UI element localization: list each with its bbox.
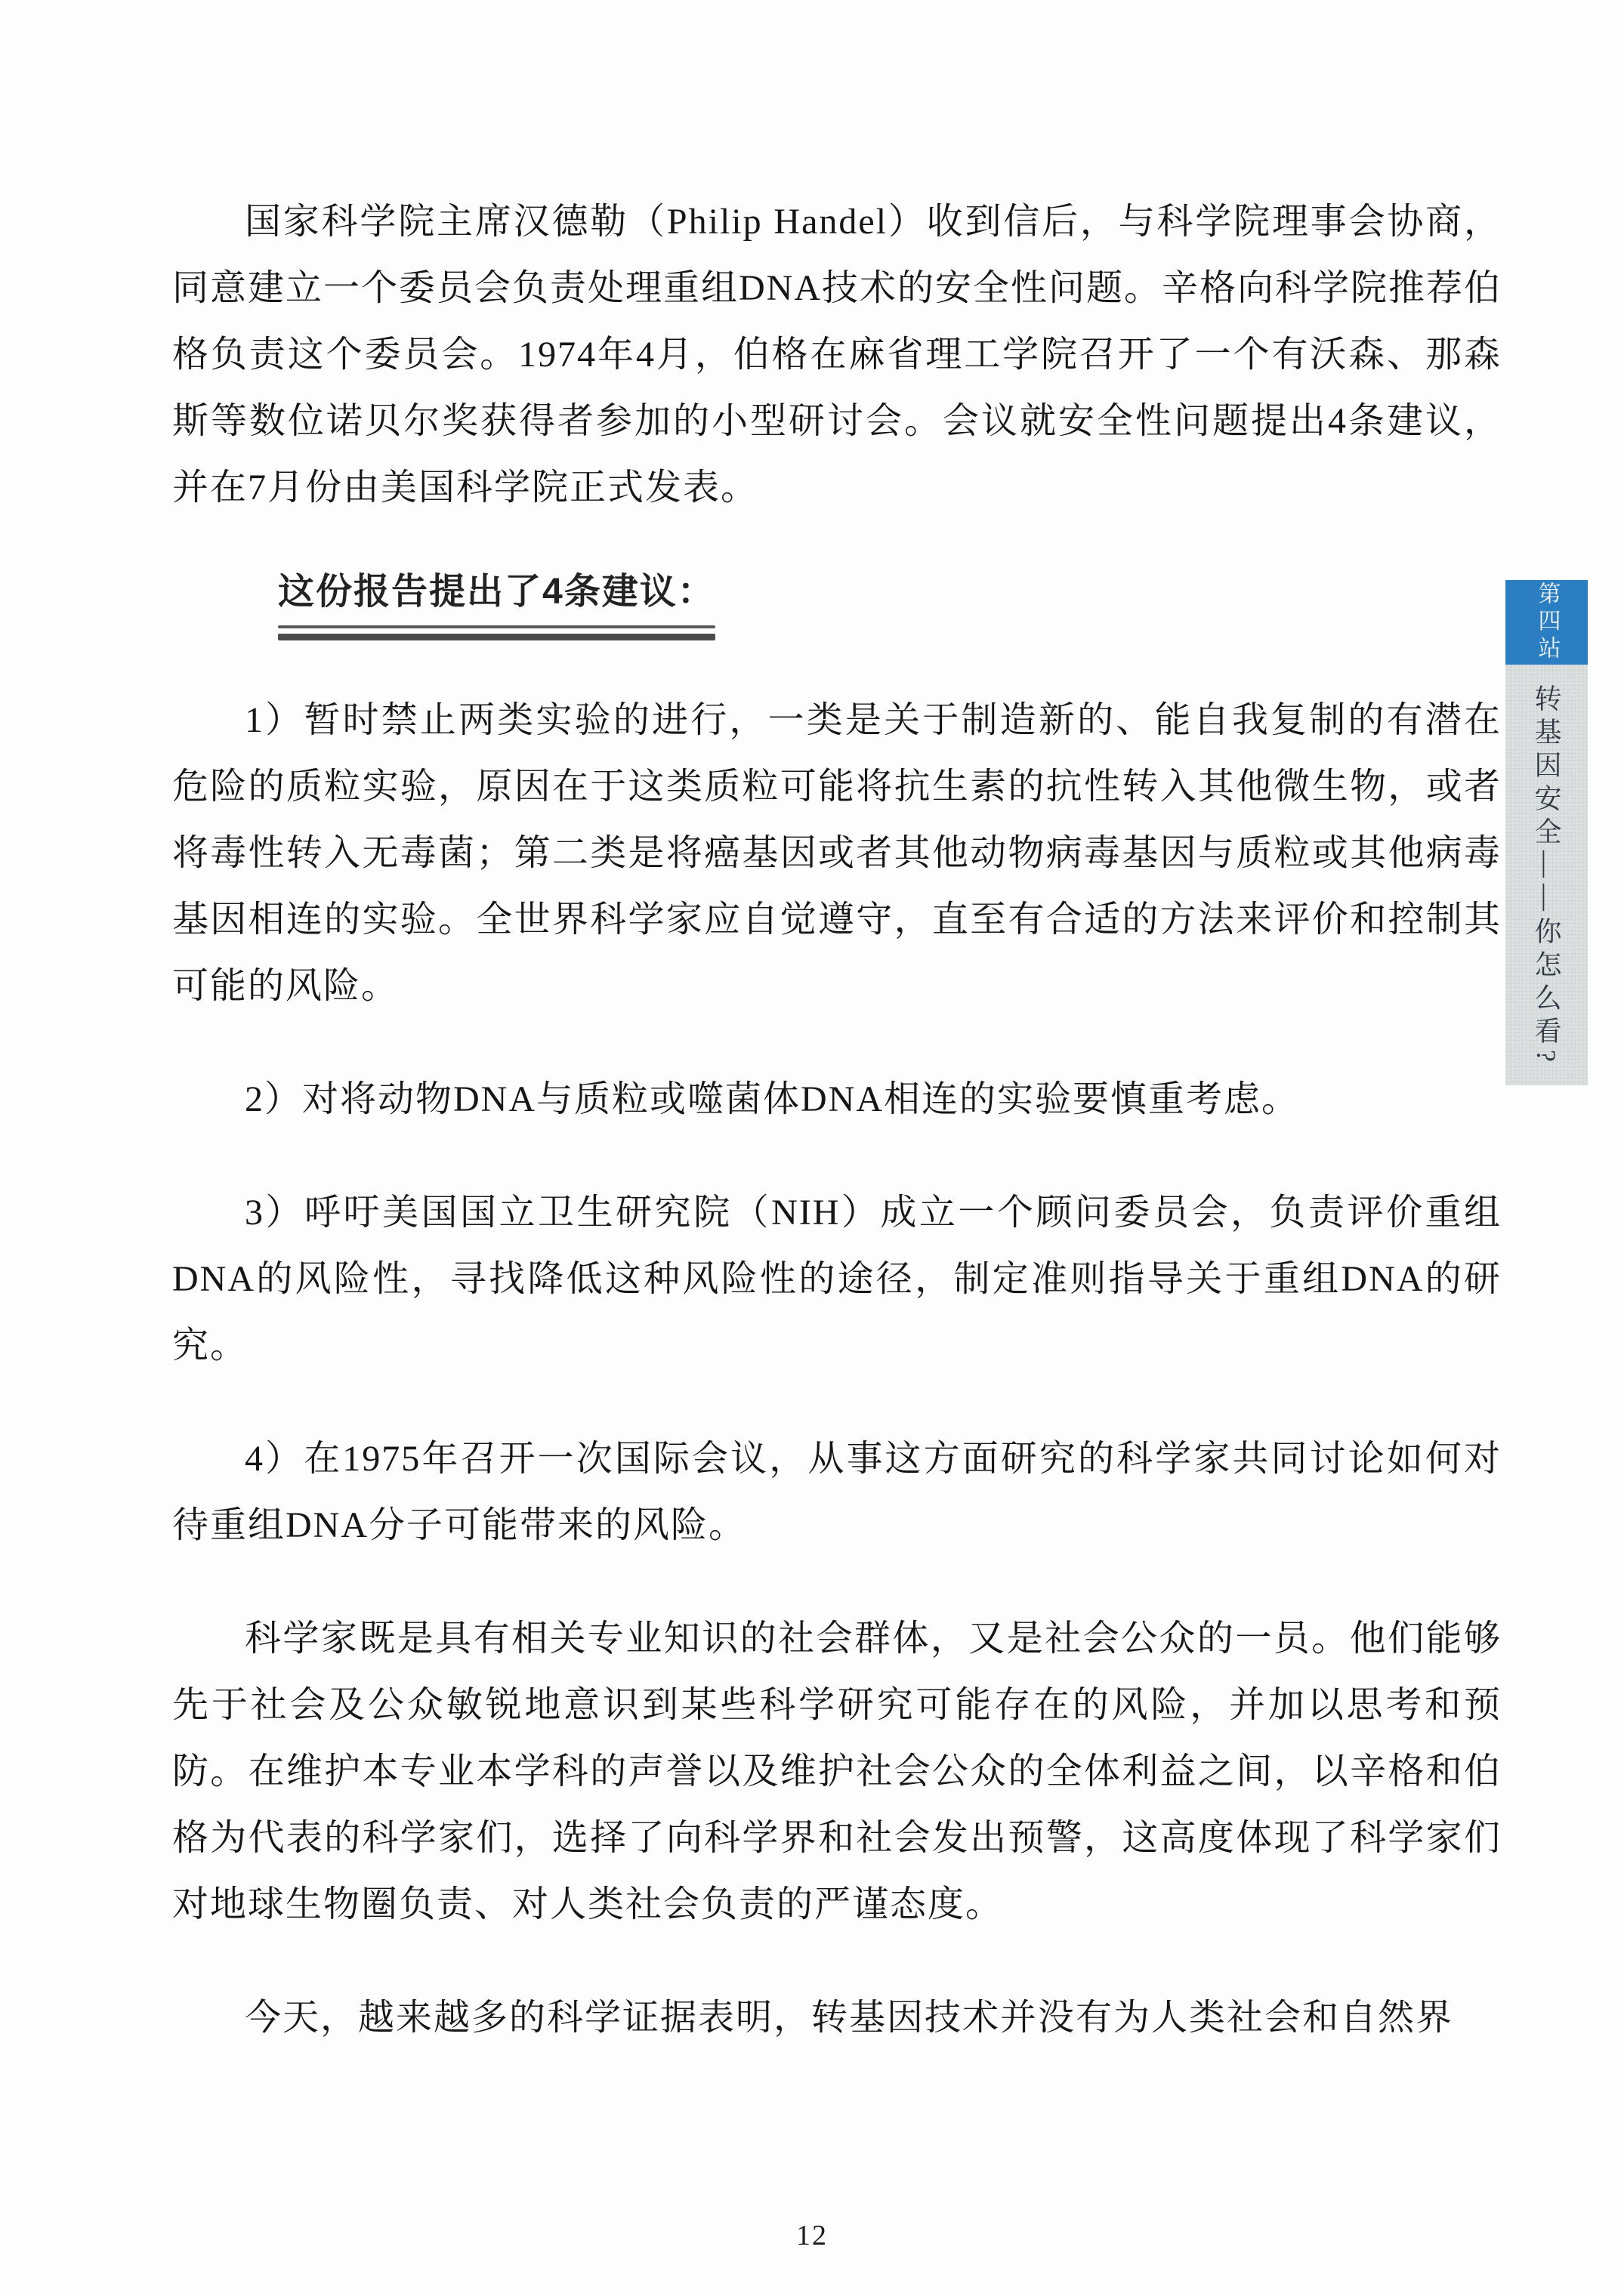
page-number: 12	[0, 2219, 1624, 2252]
chapter-title-vertical: 转基因安全——你怎么看?	[1527, 684, 1566, 1085]
heading-underline-thick	[278, 634, 715, 640]
paragraph-intro: 国家科学院主席汉德勒（Philip Handel）收到信后，与科学院理事会协商，…	[172, 189, 1502, 521]
body-text-column: 国家科学院主席汉德勒（Philip Handel）收到信后，与科学院理事会协商，…	[172, 189, 1502, 2051]
recommendation-2: 2）对将动物DNA与质粒或噬菌体DNA相连的实验要慎重考虑。	[172, 1066, 1502, 1133]
recommendation-1: 1）暂时禁止两类实验的进行，一类是关于制造新的、能自我复制的有潜在危险的质粒实验…	[172, 687, 1502, 1020]
recommendation-4: 4）在1975年召开一次国际会议，从事这方面研究的科学家共同讨论如何对待重组DN…	[172, 1426, 1502, 1559]
section-heading: 这份报告提出了4条建议：	[278, 569, 715, 640]
paragraph-scientists: 科学家既是具有相关专业知识的社会群体，又是社会公众的一员。他们能够先于社会及公众…	[172, 1606, 1502, 1938]
section-heading-text: 这份报告提出了4条建议：	[278, 569, 715, 615]
chapter-tab: 第四站	[1505, 580, 1588, 665]
chapter-title-band: 转基因安全——你怎么看?	[1505, 665, 1588, 1085]
recommendation-3: 3）呼吁美国国立卫生研究院（NIH）成立一个顾问委员会，负责评价重组DNA的风险…	[172, 1180, 1502, 1379]
book-page: 国家科学院主席汉德勒（Philip Handel）收到信后，与科学院理事会协商，…	[0, 0, 1624, 2296]
heading-underline-thin	[278, 625, 715, 628]
paragraph-today: 今天，越来越多的科学证据表明，转基因技术并没有为人类社会和自然界	[172, 1985, 1502, 2051]
